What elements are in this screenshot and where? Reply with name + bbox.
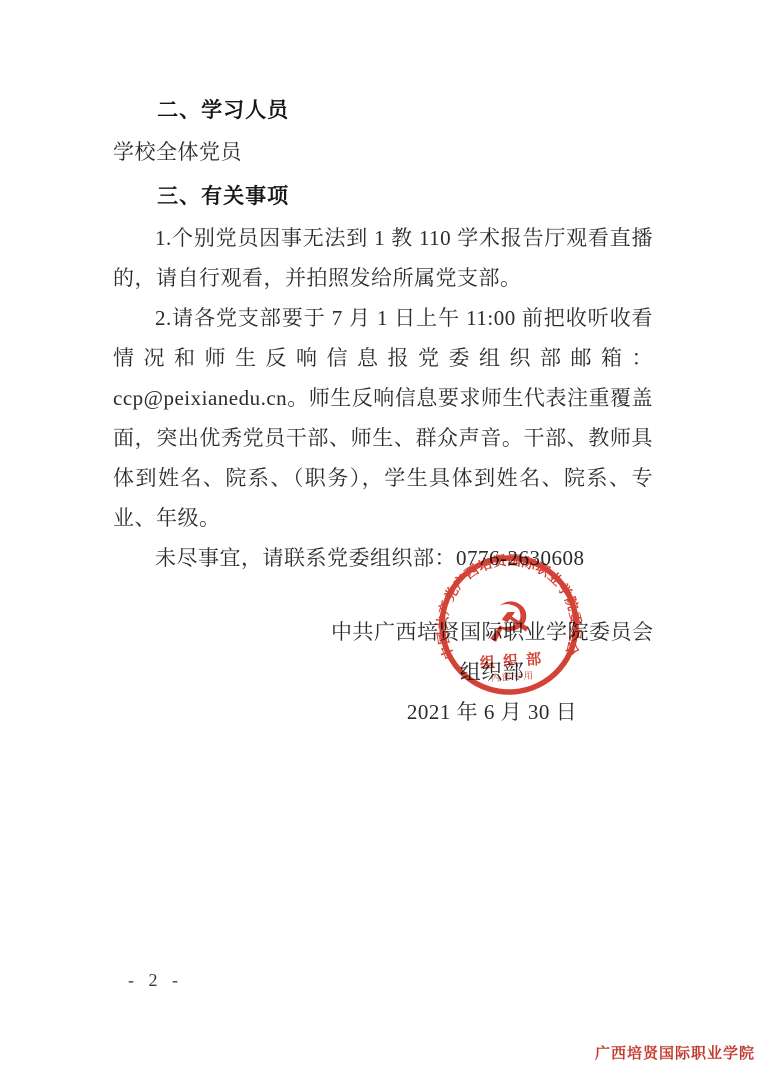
matter-item-1: 1.个别党员因事无法到 1 教 110 学术报告厅观看直播的，请自行观看，并拍照… xyxy=(113,218,653,298)
hammer-and-sickle-icon: ☭ xyxy=(482,589,535,655)
official-seal: 中国共产党广西培贤国际职业学院委员会 ☭ 组 织 部 内部专用 xyxy=(407,523,612,728)
seal-bottom-label: 内部专用 xyxy=(490,669,535,684)
document-page: 二、学习人员 学校全体党员 三、有关事项 1.个别党员因事无法到 1 教 110… xyxy=(0,0,763,1080)
matter-item-2: 2.请各党支部要于 7 月 1 日上午 11:00 前把收听收看情况和师生反响信… xyxy=(113,298,653,538)
page-number: - 2 - xyxy=(128,970,183,991)
section-heading-related-matters: 三、有关事项 xyxy=(113,184,653,210)
section-heading-study-personnel: 二、学习人员 xyxy=(113,98,653,124)
footer-brand: 广西培贤国际职业学院 xyxy=(595,1042,755,1063)
study-personnel-text: 学校全体党员 xyxy=(113,132,653,172)
